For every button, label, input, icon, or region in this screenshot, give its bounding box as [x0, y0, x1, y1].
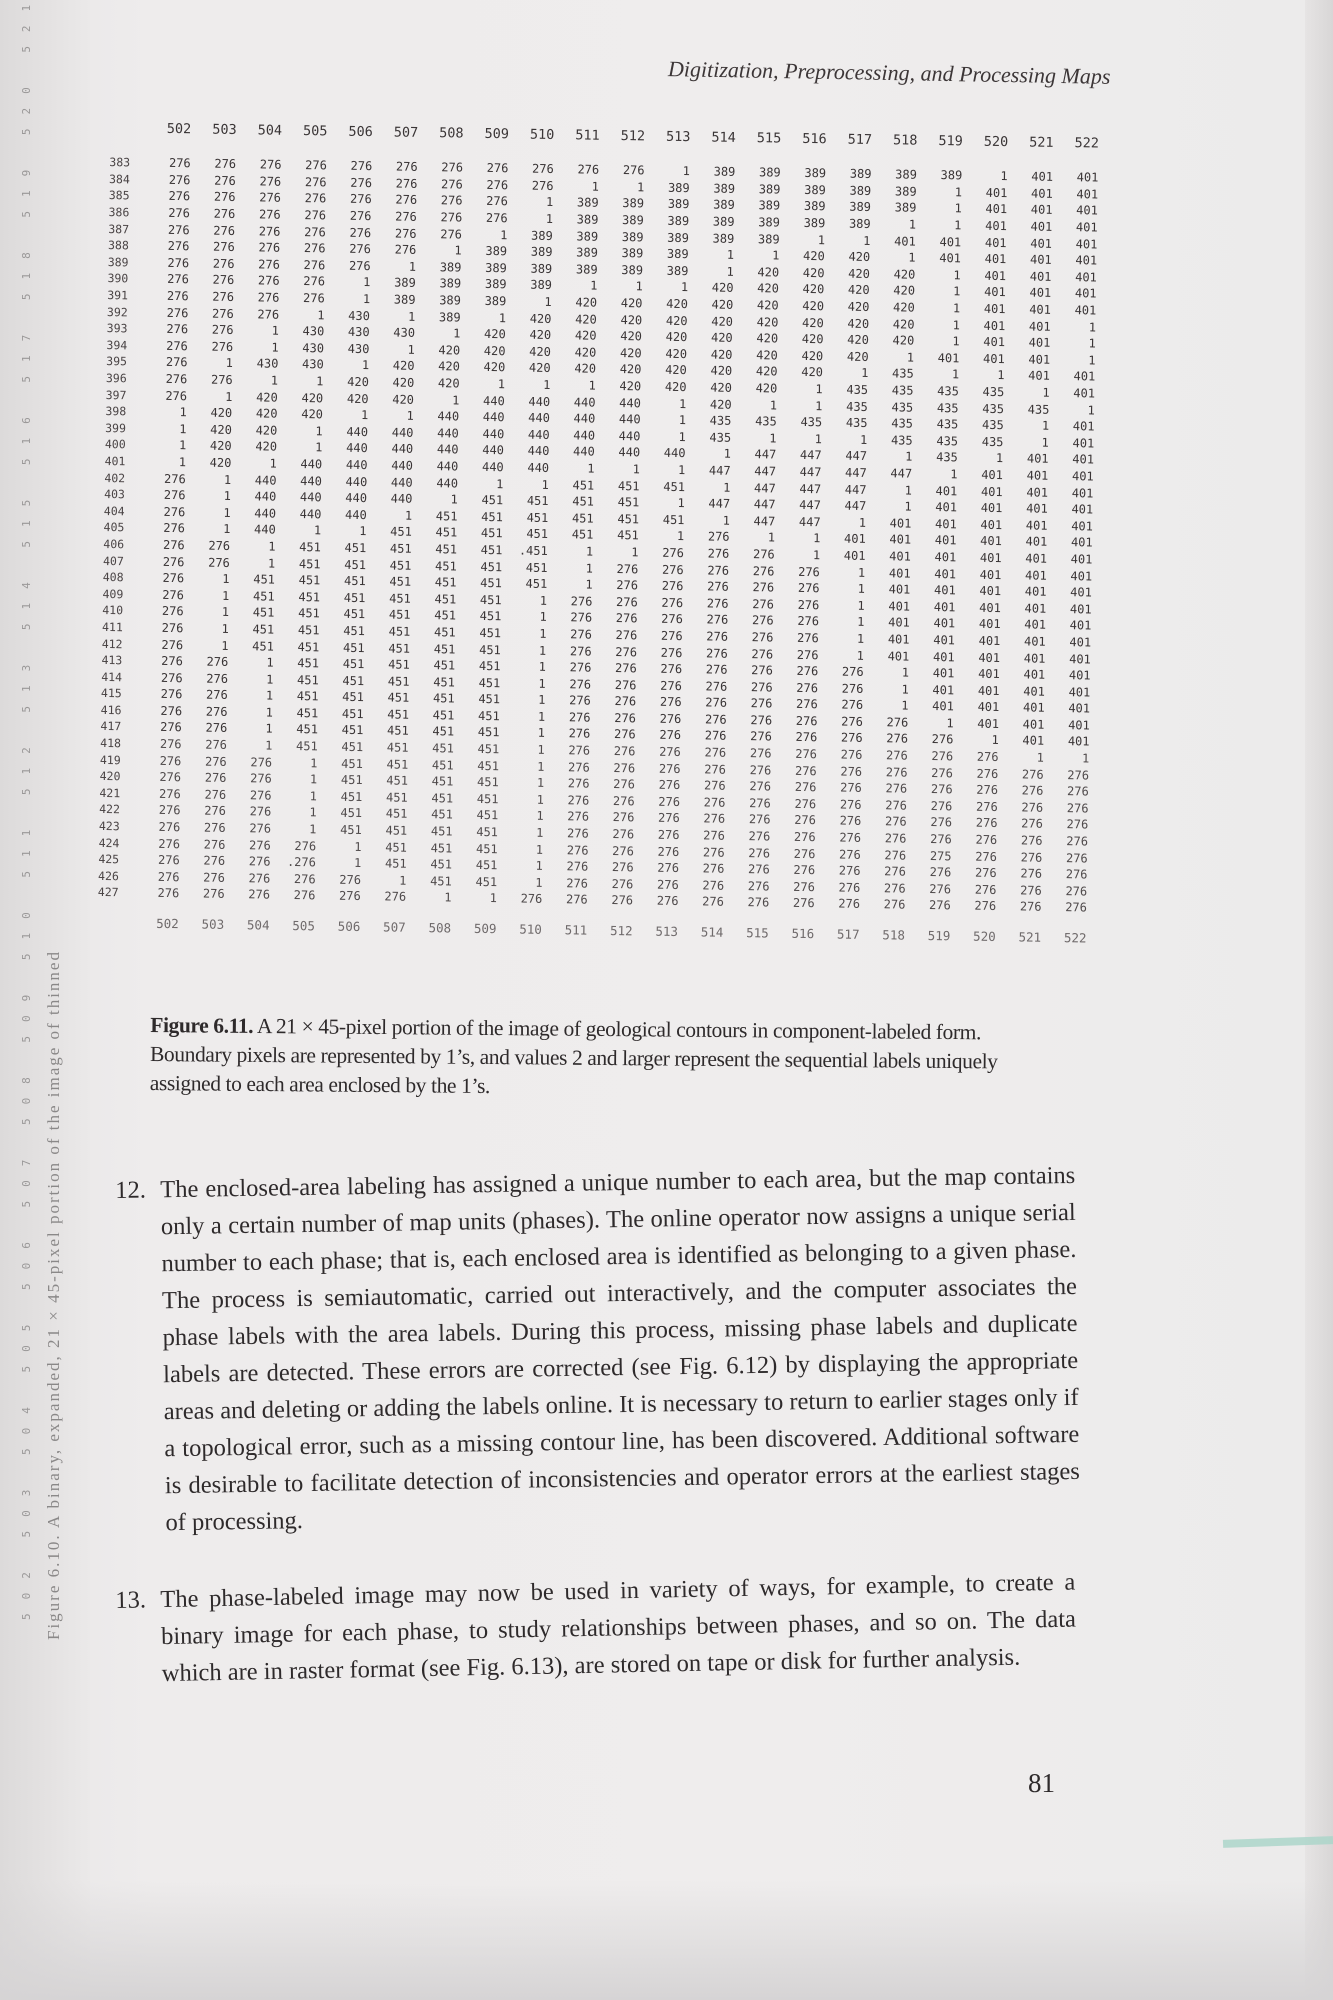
grid-cell: 1 [406, 890, 452, 905]
column-label: 521 [996, 929, 1042, 945]
grid-cell: 276 [183, 671, 229, 686]
grid-cell: 430 [324, 308, 370, 323]
grid-cell: 276 [817, 714, 863, 729]
grid-cell: 401 [1000, 667, 1046, 682]
page-number: 81 [1028, 1768, 1055, 1799]
grid-cell: 401 [1051, 303, 1097, 318]
row-label: 386 [108, 205, 144, 220]
grid-cell: 420 [870, 267, 916, 282]
grid-cell: 276 [180, 820, 226, 835]
grid-cell: 420 [732, 348, 778, 363]
grid-cell: 447 [730, 514, 776, 529]
grid-cell: 276 [139, 521, 185, 536]
grid-cell: 276 [143, 305, 189, 320]
grid-cell: 276 [998, 800, 1044, 815]
row-label: 384 [109, 172, 145, 187]
grid-cell: 276 [546, 677, 592, 692]
grid-cell: 451 [640, 479, 686, 494]
grid-cell: 276 [372, 159, 418, 174]
grid-cell: 440 [367, 491, 413, 506]
grid-cell: 451 [317, 806, 363, 821]
row-label: 415 [101, 686, 137, 701]
grid-cell: 276 [599, 163, 645, 178]
grid-cell: 401 [1050, 369, 1096, 384]
row-label: 423 [99, 819, 135, 834]
grid-cell: 447 [821, 482, 867, 497]
grid-cell: 451 [317, 789, 363, 804]
grid-cell: 1 [458, 476, 504, 491]
grid-cell: 401 [954, 716, 1000, 731]
grid-cell: 276 [270, 871, 316, 886]
grid-cell: 420 [779, 249, 825, 264]
grid-cell: 276 [181, 737, 227, 752]
grid-cell: 451 [362, 790, 408, 805]
row-label: 420 [100, 769, 136, 784]
grid-cell: 276 [996, 883, 1042, 898]
grid-cell: 276 [998, 783, 1044, 798]
grid-cell: 276 [638, 595, 684, 610]
grid-cell: 1 [508, 195, 554, 210]
grid-cell: 420 [686, 397, 732, 412]
grid-cell: 389 [598, 213, 644, 228]
paragraph-13: 13. The phase-labeled image may now be u… [115, 1564, 1077, 1693]
grid-cell: 451 [412, 509, 458, 524]
grid-cell: 1 [915, 268, 961, 283]
grid-cell: 451 [457, 542, 503, 557]
grid-cell: 276 [679, 845, 725, 860]
grid-cell: 276 [724, 879, 770, 894]
grid-cell: 1 [321, 524, 367, 539]
grid-cell: 451 [454, 758, 500, 773]
grid-cell: 401 [960, 335, 1006, 350]
grid-cell: 1 [818, 648, 864, 663]
grid-cell: 401 [915, 251, 961, 266]
grid-cell: 276 [463, 177, 509, 192]
grid-cell: 389 [871, 167, 917, 182]
grid-cell: 276 [907, 765, 953, 780]
grid-cell: 1 [1050, 353, 1096, 368]
grid-cell: 1 [506, 294, 552, 309]
grid-cell: 389 [507, 228, 553, 243]
grid-cell: 276 [371, 209, 417, 224]
grid-cell: 276 [907, 798, 953, 813]
grid-cell: 401 [1046, 618, 1092, 633]
grid-cell: 420 [368, 392, 414, 407]
grid-cell: 401 [960, 318, 1006, 333]
grid-cell: 451 [408, 774, 454, 789]
grid-cell: 389 [370, 292, 416, 307]
grid-cell: 276 [771, 763, 817, 778]
grid-cell: 276 [182, 721, 228, 736]
grid-cell: 451 [407, 840, 453, 855]
grid-cell: 401 [1002, 518, 1048, 533]
grid-cell: 276 [727, 679, 773, 694]
grid-cell: 1 [185, 488, 231, 503]
grid-cell: 1 [734, 248, 780, 263]
column-label: 512 [587, 922, 633, 938]
grid-cell: 440 [550, 428, 596, 443]
grid-cell: 276 [771, 747, 817, 762]
grid-cell: 1 [553, 179, 599, 194]
grid-cell: 1 [227, 721, 273, 736]
grid-cell: 440 [367, 458, 413, 473]
grid-cell: 1 [501, 626, 547, 641]
grid-cell: 276 [728, 630, 774, 645]
grid-cell: 401 [1002, 501, 1048, 516]
grid-cell: 389 [689, 198, 735, 213]
grid-cell: 276 [315, 889, 361, 904]
grid-cell: 1 [819, 598, 865, 613]
grid-cell: 401 [909, 633, 955, 648]
label-grid-figure: 5025035045055065075085095105115125135145… [97, 120, 1100, 945]
column-footer-row: 5025035045055065075085095105115125135145… [133, 915, 1087, 945]
grid-cell: 1 [412, 492, 458, 507]
grid-cell: 1 [821, 515, 867, 530]
grid-cell: 435 [958, 434, 1004, 449]
grid-cell: 276 [136, 753, 182, 768]
grid-cell: 276 [590, 760, 636, 775]
grid-cell: 420 [369, 375, 415, 390]
grid-cell: 447 [775, 498, 821, 513]
grid-cell: 276 [546, 660, 592, 675]
grid-cell: 276 [593, 561, 639, 576]
grid-cell: 1 [640, 462, 686, 477]
grid-cell: 401 [912, 500, 958, 515]
facing-page-strip: 502 503 504 505 506 507 508 509 510 511 … [0, 0, 90, 2000]
grid-cell: 276 [1042, 867, 1088, 882]
grid-cell: 420 [824, 299, 870, 314]
grid-cell: 420 [506, 327, 552, 342]
grid-cell: 389 [644, 213, 690, 228]
book-page: 502 503 504 505 506 507 508 509 510 511 … [0, 0, 1305, 2000]
grid-cell: 275 [906, 848, 952, 863]
row-label: 390 [107, 271, 143, 286]
grid-cell: 276 [182, 704, 228, 719]
grid-cell: 1 [323, 408, 369, 423]
grid-cell: 420 [779, 299, 825, 314]
grid-cell: 401 [1048, 452, 1094, 467]
grid-cell: 1 [460, 377, 506, 392]
paragraph-text: The phase-labeled image may now be used … [160, 1564, 1077, 1693]
grid-cell: 420 [414, 359, 460, 374]
grid-cell: 447 [776, 448, 822, 463]
grid-cell: 1 [819, 631, 865, 646]
grid-cell: 276 [592, 628, 638, 643]
grid-cell: 451 [364, 674, 410, 689]
grid-cell: 276 [140, 488, 186, 503]
grid-cell: 276 [638, 545, 684, 560]
grid-cell: 1 [228, 672, 274, 687]
grid-cell: 451 [275, 540, 321, 555]
grid-cell: 276 [545, 710, 591, 725]
grid-cell: 1 [230, 555, 276, 570]
grid-cell: 440 [595, 395, 641, 410]
grid-cell: 451 [594, 511, 640, 526]
grid-cell: 1 [953, 733, 999, 748]
grid-cell: 276 [681, 745, 727, 760]
column-label: 515 [723, 924, 769, 940]
grid-cell: 401 [916, 234, 962, 249]
grid-cell: 276 [142, 355, 188, 370]
grid-cell: 276 [225, 887, 271, 902]
grid-cell: 1 [369, 342, 415, 357]
grid-cell: 1 [498, 842, 544, 857]
grid-cell: 276 [996, 899, 1042, 914]
grid-cell: 1 [822, 432, 868, 447]
row-label: 402 [104, 471, 140, 486]
grid-cell: 447 [685, 463, 731, 478]
grid-cell: 1 [185, 522, 231, 537]
grid-cell: 1 [500, 659, 546, 674]
grid-cell: 276 [144, 255, 190, 270]
grid-cell: 447 [821, 465, 867, 480]
grid-cell: 1 [639, 496, 685, 511]
grid-cell: 276 [680, 762, 726, 777]
grid-cell: 401 [1047, 535, 1093, 550]
grid-cell: 276 [951, 899, 997, 914]
grid-cell: 430 [279, 341, 325, 356]
row-label: 414 [101, 670, 137, 685]
grid-cell: 389 [552, 262, 598, 277]
grid-cell: 276 [908, 749, 954, 764]
grid-cell: 276 [1043, 801, 1089, 816]
grid-cell: 447 [821, 498, 867, 513]
grid-cell: 440 [504, 444, 550, 459]
grid-cell: 401 [1000, 617, 1046, 632]
grid-cell: 420 [779, 282, 825, 297]
grid-cell: 451 [456, 592, 502, 607]
grid-cell: 276 [680, 778, 726, 793]
grid-cell: 276 [181, 787, 227, 802]
grid-cell: 451 [548, 527, 594, 542]
label-grid-body: 3832762762762762762762762762762762761389… [98, 154, 1100, 916]
grid-cell: 401 [1005, 335, 1051, 350]
grid-cell: 1 [499, 775, 545, 790]
grid-cell: 276 [590, 727, 636, 742]
grid-cell: 276 [226, 788, 272, 803]
grid-cell: 389 [826, 167, 872, 182]
grid-cell: 276 [637, 628, 683, 643]
grid-cell: 440 [231, 489, 277, 504]
grid-cell: 420 [278, 390, 324, 405]
grid-cell: 435 [913, 417, 959, 432]
row-label: 413 [101, 653, 137, 668]
grid-cell: 401 [954, 683, 1000, 698]
grid-cell: 389 [825, 200, 871, 215]
grid-cell: 401 [961, 268, 1007, 283]
grid-cell: 1 [823, 366, 869, 381]
grid-cell: 401 [1052, 236, 1098, 251]
grid-cell: 276 [952, 799, 998, 814]
grid-cell: 435 [913, 384, 959, 399]
grid-cell: 401 [1006, 252, 1052, 267]
grid-cell: 1 [499, 742, 545, 757]
grid-cell: 451 [410, 625, 456, 640]
grid-cell: 1 [498, 825, 544, 840]
column-label: 518 [859, 927, 905, 943]
grid-cell: 420 [687, 347, 733, 362]
grid-cell: 389 [598, 229, 644, 244]
grid-cell: 1 [915, 284, 961, 299]
grid-cell: 276 [139, 537, 185, 552]
grid-cell: 1 [959, 368, 1005, 383]
grid-cell: 451 [411, 575, 457, 590]
grid-cell: 451 [454, 742, 500, 757]
grid-cell: 1 [184, 571, 230, 586]
grid-cell: 276 [234, 257, 280, 272]
grid-cell: 440 [414, 409, 460, 424]
grid-cell: 276 [679, 828, 725, 843]
grid-cell: 1 [863, 682, 909, 697]
grid-cell: 276 [235, 207, 281, 222]
grid-cell: 435 [913, 400, 959, 415]
grid-cell: 1 [732, 397, 778, 412]
grid-cell: 401 [1006, 286, 1052, 301]
grid-cell: 401 [1051, 286, 1097, 301]
grid-cell: 276 [591, 677, 637, 692]
grid-cell: 435 [959, 401, 1005, 416]
grid-cell: 276 [234, 307, 280, 322]
row-label: 389 [108, 255, 144, 270]
grid-cell: 401 [957, 467, 1003, 482]
grid-cell: 276 [770, 846, 816, 861]
grid-cell: 276 [144, 239, 190, 254]
grid-cell: 1 [415, 326, 461, 341]
grid-cell: 389 [553, 195, 599, 210]
grid-cell: 435 [867, 433, 913, 448]
grid-cell: 451 [318, 706, 364, 721]
grid-cell: 1 [688, 264, 734, 279]
grid-cell: 401 [1053, 187, 1099, 202]
grid-cell: 389 [917, 168, 963, 183]
grid-cell: 420 [688, 297, 734, 312]
grid-cell: 451 [456, 625, 502, 640]
grid-cell: 401 [957, 517, 1003, 532]
grid-cell: 401 [1047, 568, 1093, 583]
grid-cell: 276 [462, 194, 508, 209]
grid-cell: 1 [500, 676, 546, 691]
grid-cell: 401 [1003, 451, 1049, 466]
grid-cell: 1 [414, 392, 460, 407]
column-label: 506 [327, 123, 373, 140]
grid-cell: 1 [272, 772, 318, 787]
grid-cell: 401 [956, 567, 1002, 582]
grid-cell: 401 [1002, 551, 1048, 566]
grid-cell: 276 [327, 159, 373, 174]
grid-cell: 435 [959, 384, 1005, 399]
grid-cell: 440 [413, 442, 459, 457]
grid-cell: 276 [770, 830, 816, 845]
grid-cell: 451 [316, 822, 362, 837]
grid-cell: 276 [544, 793, 590, 808]
grid-cell: 1 [277, 423, 323, 438]
grid-cell: 451 [410, 608, 456, 623]
grid-cell: 276 [952, 832, 998, 847]
grid-cell: 276 [728, 597, 774, 612]
grid-cell: 1 [729, 530, 775, 545]
figure-caption: Figure 6.11. A 21 × 45-pixel portion of … [150, 1011, 1061, 1106]
grid-cell: 276 [861, 798, 907, 813]
grid-cell: 276 [952, 816, 998, 831]
grid-cell: 401 [957, 501, 1003, 516]
grid-cell: 1 [594, 462, 640, 477]
grid-cell: 1 [499, 726, 545, 741]
grid-cell: 420 [232, 406, 278, 421]
grid-cell: 276 [226, 821, 272, 836]
grid-cell: 401 [910, 599, 956, 614]
grid-cell: 451 [365, 591, 411, 606]
column-label: 519 [917, 133, 963, 150]
grid-cell: 276 [728, 613, 774, 628]
grid-cell: 420 [642, 330, 688, 345]
grid-cell: 451 [457, 559, 503, 574]
column-label: 508 [406, 919, 452, 935]
grid-cell: 451 [452, 874, 498, 889]
grid-cell: 1 [593, 545, 639, 560]
row-label: 401 [105, 454, 141, 469]
grid-cell: 1 [461, 310, 507, 325]
grid-cell: 276 [997, 850, 1043, 865]
grid-cell: 401 [1006, 269, 1052, 284]
grid-cell: 401 [820, 532, 866, 547]
grid-cell: 451 [320, 574, 366, 589]
grid-cell: 420 [506, 311, 552, 326]
grid-cell: 276 [547, 594, 593, 609]
grid-cell: 276 [497, 892, 543, 907]
paragraph-12: 12. The enclosed-area labeling has assig… [115, 1157, 1081, 1542]
grid-cell: .276 [270, 855, 316, 870]
grid-cell: 389 [781, 166, 827, 181]
grid-cell: 389 [871, 184, 917, 199]
grid-cell: 276 [271, 838, 317, 853]
grid-cell: 1 [183, 621, 229, 636]
row-label: 422 [99, 802, 135, 817]
grid-cell: 1 [278, 374, 324, 389]
grid-cell: 430 [233, 356, 279, 371]
row-label: 403 [104, 487, 140, 502]
grid-cell: 276 [863, 715, 909, 730]
grid-cell: 276 [953, 783, 999, 798]
column-label: 511 [542, 922, 588, 938]
grid-cell: 276 [588, 843, 634, 858]
grid-cell: 276 [589, 810, 635, 825]
grid-cell: 420 [642, 296, 688, 311]
grid-cell: 389 [871, 200, 917, 215]
grid-cell: 451 [412, 542, 458, 557]
grid-cell: 276 [770, 863, 816, 878]
grid-cell: 1 [684, 513, 730, 528]
row-label: 418 [100, 736, 136, 751]
grid-cell: 440 [321, 507, 367, 522]
column-label: 518 [872, 132, 918, 149]
grid-cell: 451 [361, 840, 407, 855]
grid-cell: 1 [550, 378, 596, 393]
grid-cell: 1 [819, 581, 865, 596]
row-label: 393 [107, 321, 143, 336]
grid-cell: 420 [414, 376, 460, 391]
grid-cell: 276 [189, 240, 235, 255]
figure-caption-text: A 21 × 45-pixel portion of the image of … [150, 1014, 998, 1098]
grid-cell: 401 [911, 533, 957, 548]
grid-cell: 276 [637, 612, 683, 627]
column-label: 516 [781, 131, 827, 148]
grid-cell: 451 [548, 511, 594, 526]
grid-cell: 420 [733, 314, 779, 329]
grid-cell: 451 [319, 640, 365, 655]
grid-cell: 276 [725, 829, 771, 844]
grid-cell: 276 [144, 222, 190, 237]
grid-cell: 401 [865, 549, 911, 564]
